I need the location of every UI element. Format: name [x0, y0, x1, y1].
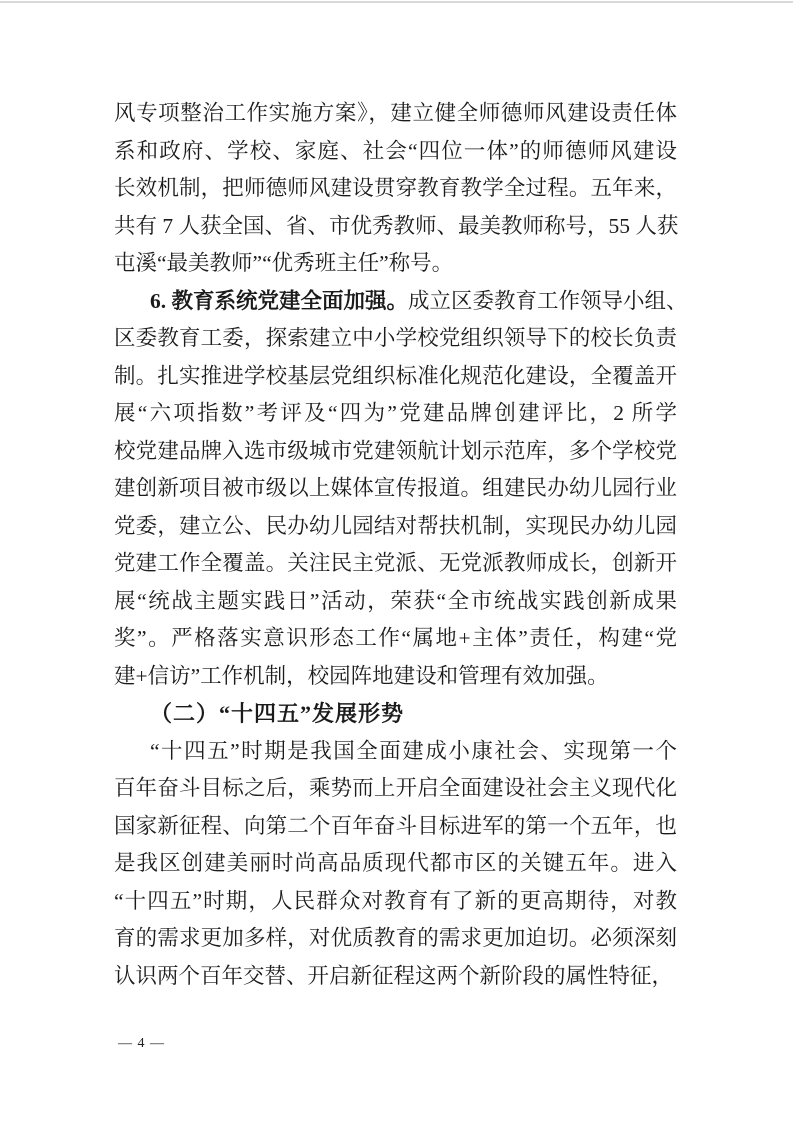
- text-run: 党委，建立公、民办幼儿园结对帮扶机制，实现民办幼儿园: [114, 514, 677, 538]
- paragraph-line: 展“统战主题实践日”活动，荣获“全市统战实践创新成果: [114, 583, 677, 621]
- text-run: 系和政府、学校、家庭、社会“四位一体”的师德师风建设: [114, 139, 677, 163]
- paragraph-line: 系和政府、学校、家庭、社会“四位一体”的师德师风建设: [114, 133, 677, 171]
- text-run: 屯溪“最美教师”“优秀班主任”称号。: [114, 251, 453, 275]
- text-run: 展“六项指数”考评及“四为”党建品牌创建评比，2 所学: [114, 401, 677, 425]
- paragraph-line: 育的需求更加多样，对优质教育的需求更加迫切。必须深刻: [114, 920, 677, 958]
- paragraph-line: 认识两个百年交替、开启新征程这两个新阶段的属性特征，: [114, 958, 677, 996]
- text-run: 百年奋斗目标之后，乘势而上开启全面建设社会主义现代化: [114, 776, 677, 800]
- paragraph-line: 6. 教育系统党建全面加强。成立区委教育工作领导小组、: [114, 283, 677, 321]
- text-run: 育的需求更加多样，对优质教育的需求更加迫切。必须深刻: [114, 926, 677, 950]
- paragraph-line: 共有 7 人获全国、省、市优秀教师、最美教师称号，55 人获: [114, 208, 677, 246]
- paragraph-line: 奖”。严格落实意识形态工作“属地+主体”责任，构建“党: [114, 620, 677, 658]
- paragraph-line: 是我区创建美丽时尚高品质现代都市区的关键五年。进入: [114, 845, 677, 883]
- paragraph-line: 国家新征程、向第二个百年奋斗目标进军的第一个五年，也: [114, 808, 677, 846]
- text-run: 建创新项目被市级以上媒体宣传报道。组建民办幼儿园行业: [114, 476, 677, 500]
- paragraph-line: 党委，建立公、民办幼儿园结对帮扶机制，实现民办幼儿园: [114, 508, 677, 546]
- paragraph-line: 屯溪“最美教师”“优秀班主任”称号。: [114, 245, 677, 283]
- document-body: 风专项整治工作实施方案》，建立健全师德师风建设责任体系和政府、学校、家庭、社会“…: [114, 95, 677, 995]
- text-run: 成立区委教育工作领导小组、: [408, 289, 688, 313]
- text-run: 是我区创建美丽时尚高品质现代都市区的关键五年。进入: [114, 851, 677, 875]
- paragraph-line: 区委教育工委，探索建立中小学校党组织领导下的校长负责: [114, 320, 677, 358]
- paragraph-line: 党建工作全覆盖。关注民主党派、无党派教师成长，创新开: [114, 545, 677, 583]
- page-number: — 4 —: [118, 1036, 165, 1052]
- paragraph-line: 校党建品牌入选市级城市党建领航计划示范库，多个学校党: [114, 433, 677, 471]
- paragraph-line: 风专项整治工作实施方案》，建立健全师德师风建设责任体: [114, 95, 677, 133]
- text-run: 共有 7 人获全国、省、市优秀教师、最美教师称号，55 人获: [114, 214, 678, 238]
- paragraph-line: “十四五”时期，人民群众对教育有了新的更高期待，对教: [114, 883, 677, 921]
- text-run: 区委教育工委，探索建立中小学校党组织领导下的校长负责: [114, 326, 677, 350]
- text-run: “十四五”时期，人民群众对教育有了新的更高期待，对教: [114, 889, 677, 913]
- paragraph-line: 百年奋斗目标之后，乘势而上开启全面建设社会主义现代化: [114, 770, 677, 808]
- bold-text-run: 6. 教育系统党建全面加强。: [150, 289, 408, 313]
- text-run: 建+信访”工作机制，校园阵地建设和管理有效加强。: [114, 664, 609, 688]
- text-run: 认识两个百年交替、开启新征程这两个新阶段的属性特征，: [114, 964, 673, 988]
- paragraph-line: 建+信访”工作机制，校园阵地建设和管理有效加强。: [114, 658, 677, 696]
- page-top-edge-line: [0, 1, 793, 3]
- text-run: 国家新征程、向第二个百年奋斗目标进军的第一个五年，也: [114, 814, 677, 838]
- paragraph-line: 制。扎实推进学校基层党组织标准化规范化建设，全覆盖开: [114, 358, 677, 396]
- text-run: 风专项整治工作实施方案》，建立健全师德师风建设责任体: [114, 101, 677, 125]
- paragraph-line: 建创新项目被市级以上媒体宣传报道。组建民办幼儿园行业: [114, 470, 677, 508]
- text-run: 展“统战主题实践日”活动，荣获“全市统战实践创新成果: [114, 589, 677, 613]
- text-run: 制。扎实推进学校基层党组织标准化规范化建设，全覆盖开: [114, 364, 677, 388]
- text-run: 校党建品牌入选市级城市党建领航计划示范库，多个学校党: [114, 439, 677, 463]
- section-heading: （二）“十四五”发展形势: [114, 695, 677, 733]
- text-run: “十四五”时期是我国全面建成小康社会、实现第一个: [150, 739, 677, 763]
- paragraph-line: 长效机制，把师德师风建设贯穿教育教学全过程。五年来，: [114, 170, 677, 208]
- text-run: 长效机制，把师德师风建设贯穿教育教学全过程。五年来，: [114, 176, 677, 200]
- bold-text-run: （二）“十四五”发展形势: [150, 701, 404, 726]
- text-run: 党建工作全覆盖。关注民主党派、无党派教师成长，创新开: [114, 551, 677, 575]
- document-page: 风专项整治工作实施方案》，建立健全师德师风建设责任体系和政府、学校、家庭、社会“…: [0, 0, 793, 1122]
- text-run: 奖”。严格落实意识形态工作“属地+主体”责任，构建“党: [114, 626, 677, 650]
- paragraph-line: 展“六项指数”考评及“四为”党建品牌创建评比，2 所学: [114, 395, 677, 433]
- paragraph-line: “十四五”时期是我国全面建成小康社会、实现第一个: [114, 733, 677, 771]
